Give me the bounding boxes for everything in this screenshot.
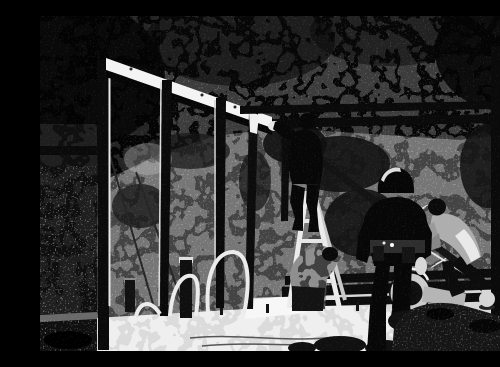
- construction-photo: [40, 16, 500, 351]
- film-grain: [40, 16, 500, 351]
- photo-canvas: [40, 16, 500, 351]
